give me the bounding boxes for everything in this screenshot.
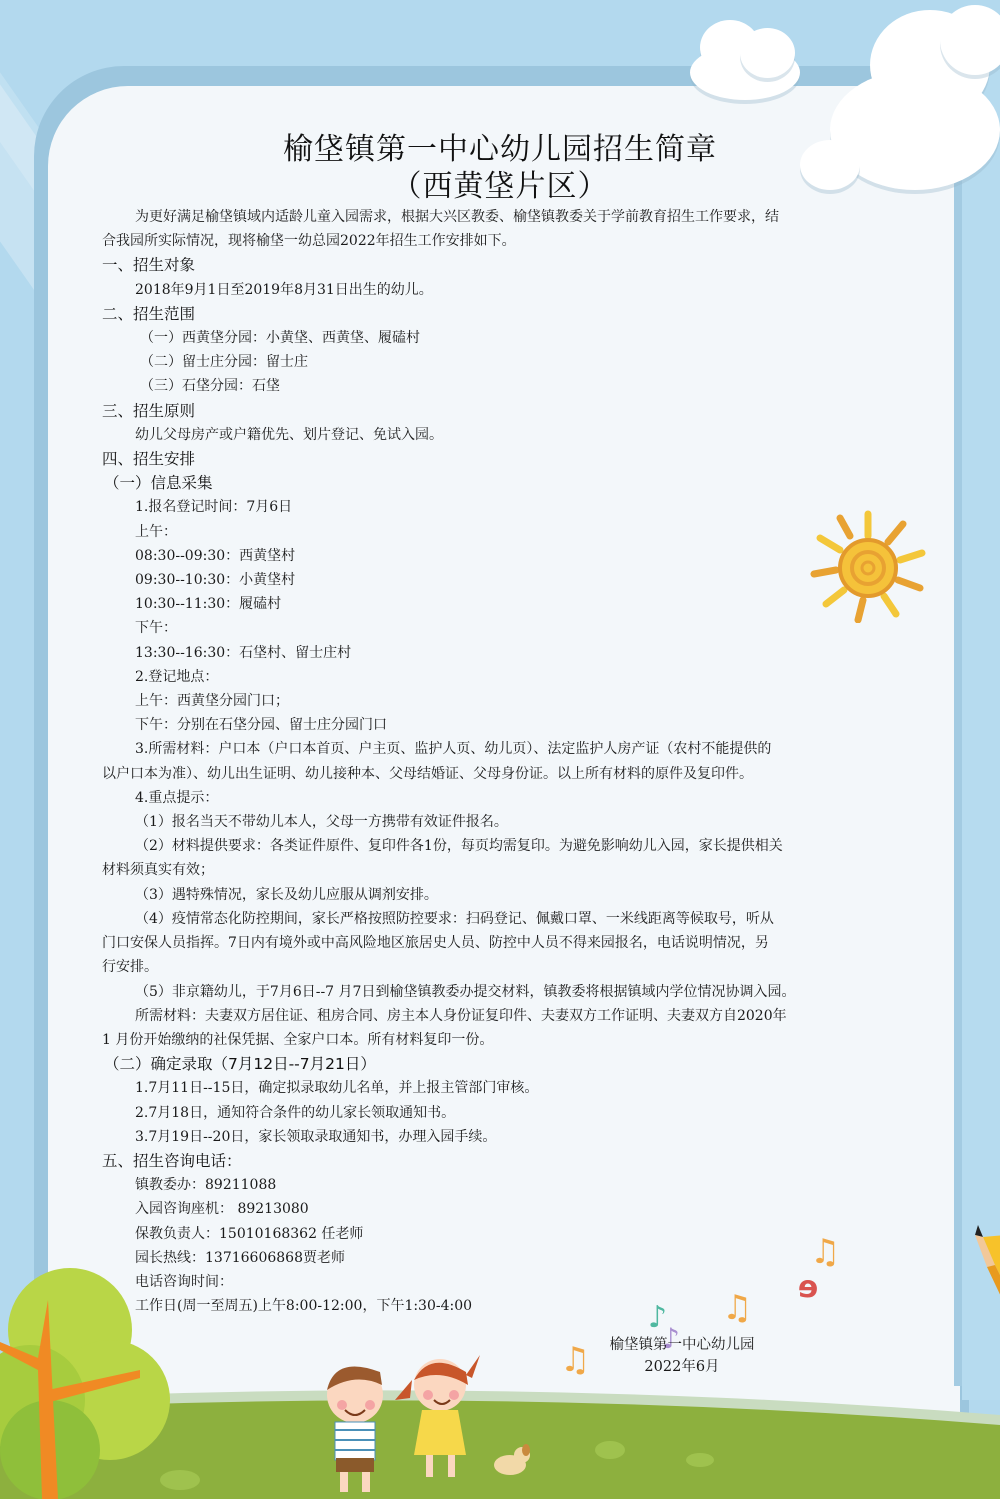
contact-phone: 镇教委办：89211088 <box>102 1173 902 1197</box>
consultation-hours: 工作日(周一至周五)上午8:00-12:00，下午1:30-4:00 <box>102 1294 902 1318</box>
tips-label: 4.重点提示： <box>102 786 902 810</box>
am-label: 上午： <box>102 520 902 544</box>
intro-paragraph-line: 合我园所实际情况，现将榆垡一幼总园2022年招生工作安排如下。 <box>102 229 902 253</box>
signature-block: 榆垡镇第一中心幼儿园 2022年6月 <box>592 1334 772 1378</box>
time-slot: 09:30--10:30：小黄垡村 <box>102 568 902 592</box>
section-heading-contact: 五、招生咨询电话： <box>102 1149 902 1173</box>
subsection-heading-info: （一）信息采集 <box>102 471 902 495</box>
section-heading-target: 一、招生对象 <box>102 253 902 277</box>
tip-item: （4）疫情常态化防控期间，家长严格按照防控要求：扫码登记、佩戴口罩、一米线距离等… <box>102 907 902 931</box>
tip-item: （1）报名当天不带幼儿本人，父母一方携带有效证件报名。 <box>102 810 902 834</box>
admission-step: 2.7月18日，通知符合条件的幼儿家长领取通知书。 <box>102 1101 902 1125</box>
contact-phone: 保教负责人：15010168362 任老师 <box>102 1222 902 1246</box>
location-pm: 下午：分别在石垡分园、留士庄分园门口 <box>102 713 902 737</box>
music-note-icon: ♫ <box>560 1340 590 1380</box>
section-heading-scope: 二、招生范围 <box>102 302 902 326</box>
hours-label: 电话咨询时间： <box>102 1270 902 1294</box>
time-slot: 13:30--16:30：石垡村、留士庄村 <box>102 641 902 665</box>
tip-item: （2）材料提供要求：各类证件原件、复印件各1份，每页均需复印。为避免影响幼儿入园… <box>102 834 902 858</box>
pm-label: 下午： <box>102 616 902 640</box>
subsection-heading-admission: （二）确定录取（7月12日--7月21日） <box>102 1052 902 1076</box>
tip-item: （3）遇特殊情况，家长及幼儿应服从调剂安排。 <box>102 883 902 907</box>
tip-item: （5）非京籍幼儿，于7月6日--7 月7日到榆垡镇教委办提交材料，镇教委将根据镇… <box>102 980 902 1004</box>
scope-item: （二）留士庄分园：留士庄 <box>102 350 902 374</box>
children-illustration <box>300 1350 540 1499</box>
materials-line: 以户口本为准）、幼儿出生证明、幼儿接种本、父母结婚证、父母身份证。以上所有材料的… <box>102 762 902 786</box>
time-slot: 10:30--11:30：履磕村 <box>102 592 902 616</box>
signature-date: 2022年6月 <box>592 1356 772 1378</box>
scope-item: （三）石垡分园：石垡 <box>102 374 902 398</box>
admission-step: 1.7月11日--15日，确定拟录取幼儿名单，并上报主管部门审核。 <box>102 1076 902 1100</box>
contact-phone: 入园咨询座机： 89213080 <box>102 1197 902 1221</box>
music-note-icon: ♫ <box>810 1232 840 1272</box>
tip-item: 行安排。 <box>102 955 902 979</box>
section-heading-principle: 三、招生原则 <box>102 399 902 423</box>
bass-clef-icon: ɘ <box>798 1270 818 1305</box>
registration-time: 1.报名登记时间：7月6日 <box>102 495 902 519</box>
pencil-icon <box>975 1225 1000 1305</box>
section-heading-arrangement: 四、招生安排 <box>102 447 902 471</box>
time-slot: 08:30--09:30：西黄垡村 <box>102 544 902 568</box>
scope-item: （一）西黄垡分园：小黄垡、西黄垡、履磕村 <box>102 326 902 350</box>
right-border-shadow <box>954 86 962 1386</box>
section-text: 幼儿父母房产或户籍优先、划片登记、免试入园。 <box>102 423 902 447</box>
nonlocal-materials: 1 月份开始缴纳的社保凭据、全家户口本。所有材料复印一份。 <box>102 1028 902 1052</box>
right-border <box>962 70 1000 1400</box>
admission-step: 3.7月19日--20日，家长领取录取通知书，办理入园手续。 <box>102 1125 902 1149</box>
signature-org: 榆垡镇第一中心幼儿园 <box>592 1334 772 1356</box>
tree-decoration <box>0 1250 170 1499</box>
page-subtitle: （西黄垡片区） <box>0 161 1000 205</box>
location-label: 2.登记地点： <box>102 665 902 689</box>
contact-phone: 园长热线：13716606868贾老师 <box>102 1246 902 1270</box>
materials-line: 3.所需材料：户口本（户口本首页、户主页、监护人页、幼儿页）、法定监护人房产证（… <box>102 737 902 761</box>
music-note-icon: ♫ <box>722 1288 752 1328</box>
intro-paragraph-line: 为更好满足榆垡镇域内适龄儿童入园需求，根据大兴区教委、榆垡镇教委关于学前教育招生… <box>102 205 902 229</box>
nonlocal-materials: 所需材料：夫妻双方居住证、租房合同、房主本人身份证复印件、夫妻双方工作证明、夫妻… <box>102 1004 902 1028</box>
document-body: 为更好满足榆垡镇域内适龄儿童入园需求，根据大兴区教委、榆垡镇教委关于学前教育招生… <box>102 205 902 1318</box>
section-text: 2018年9月1日至2019年8月31日出生的幼儿。 <box>102 278 902 302</box>
tip-item: 材料须真实有效； <box>102 858 902 882</box>
location-am: 上午：西黄垡分园门口； <box>102 689 902 713</box>
tip-item: 门口安保人员指挥。7日内有境外或中高风险地区旅居史人员、防控中人员不得来园报名，… <box>102 931 902 955</box>
